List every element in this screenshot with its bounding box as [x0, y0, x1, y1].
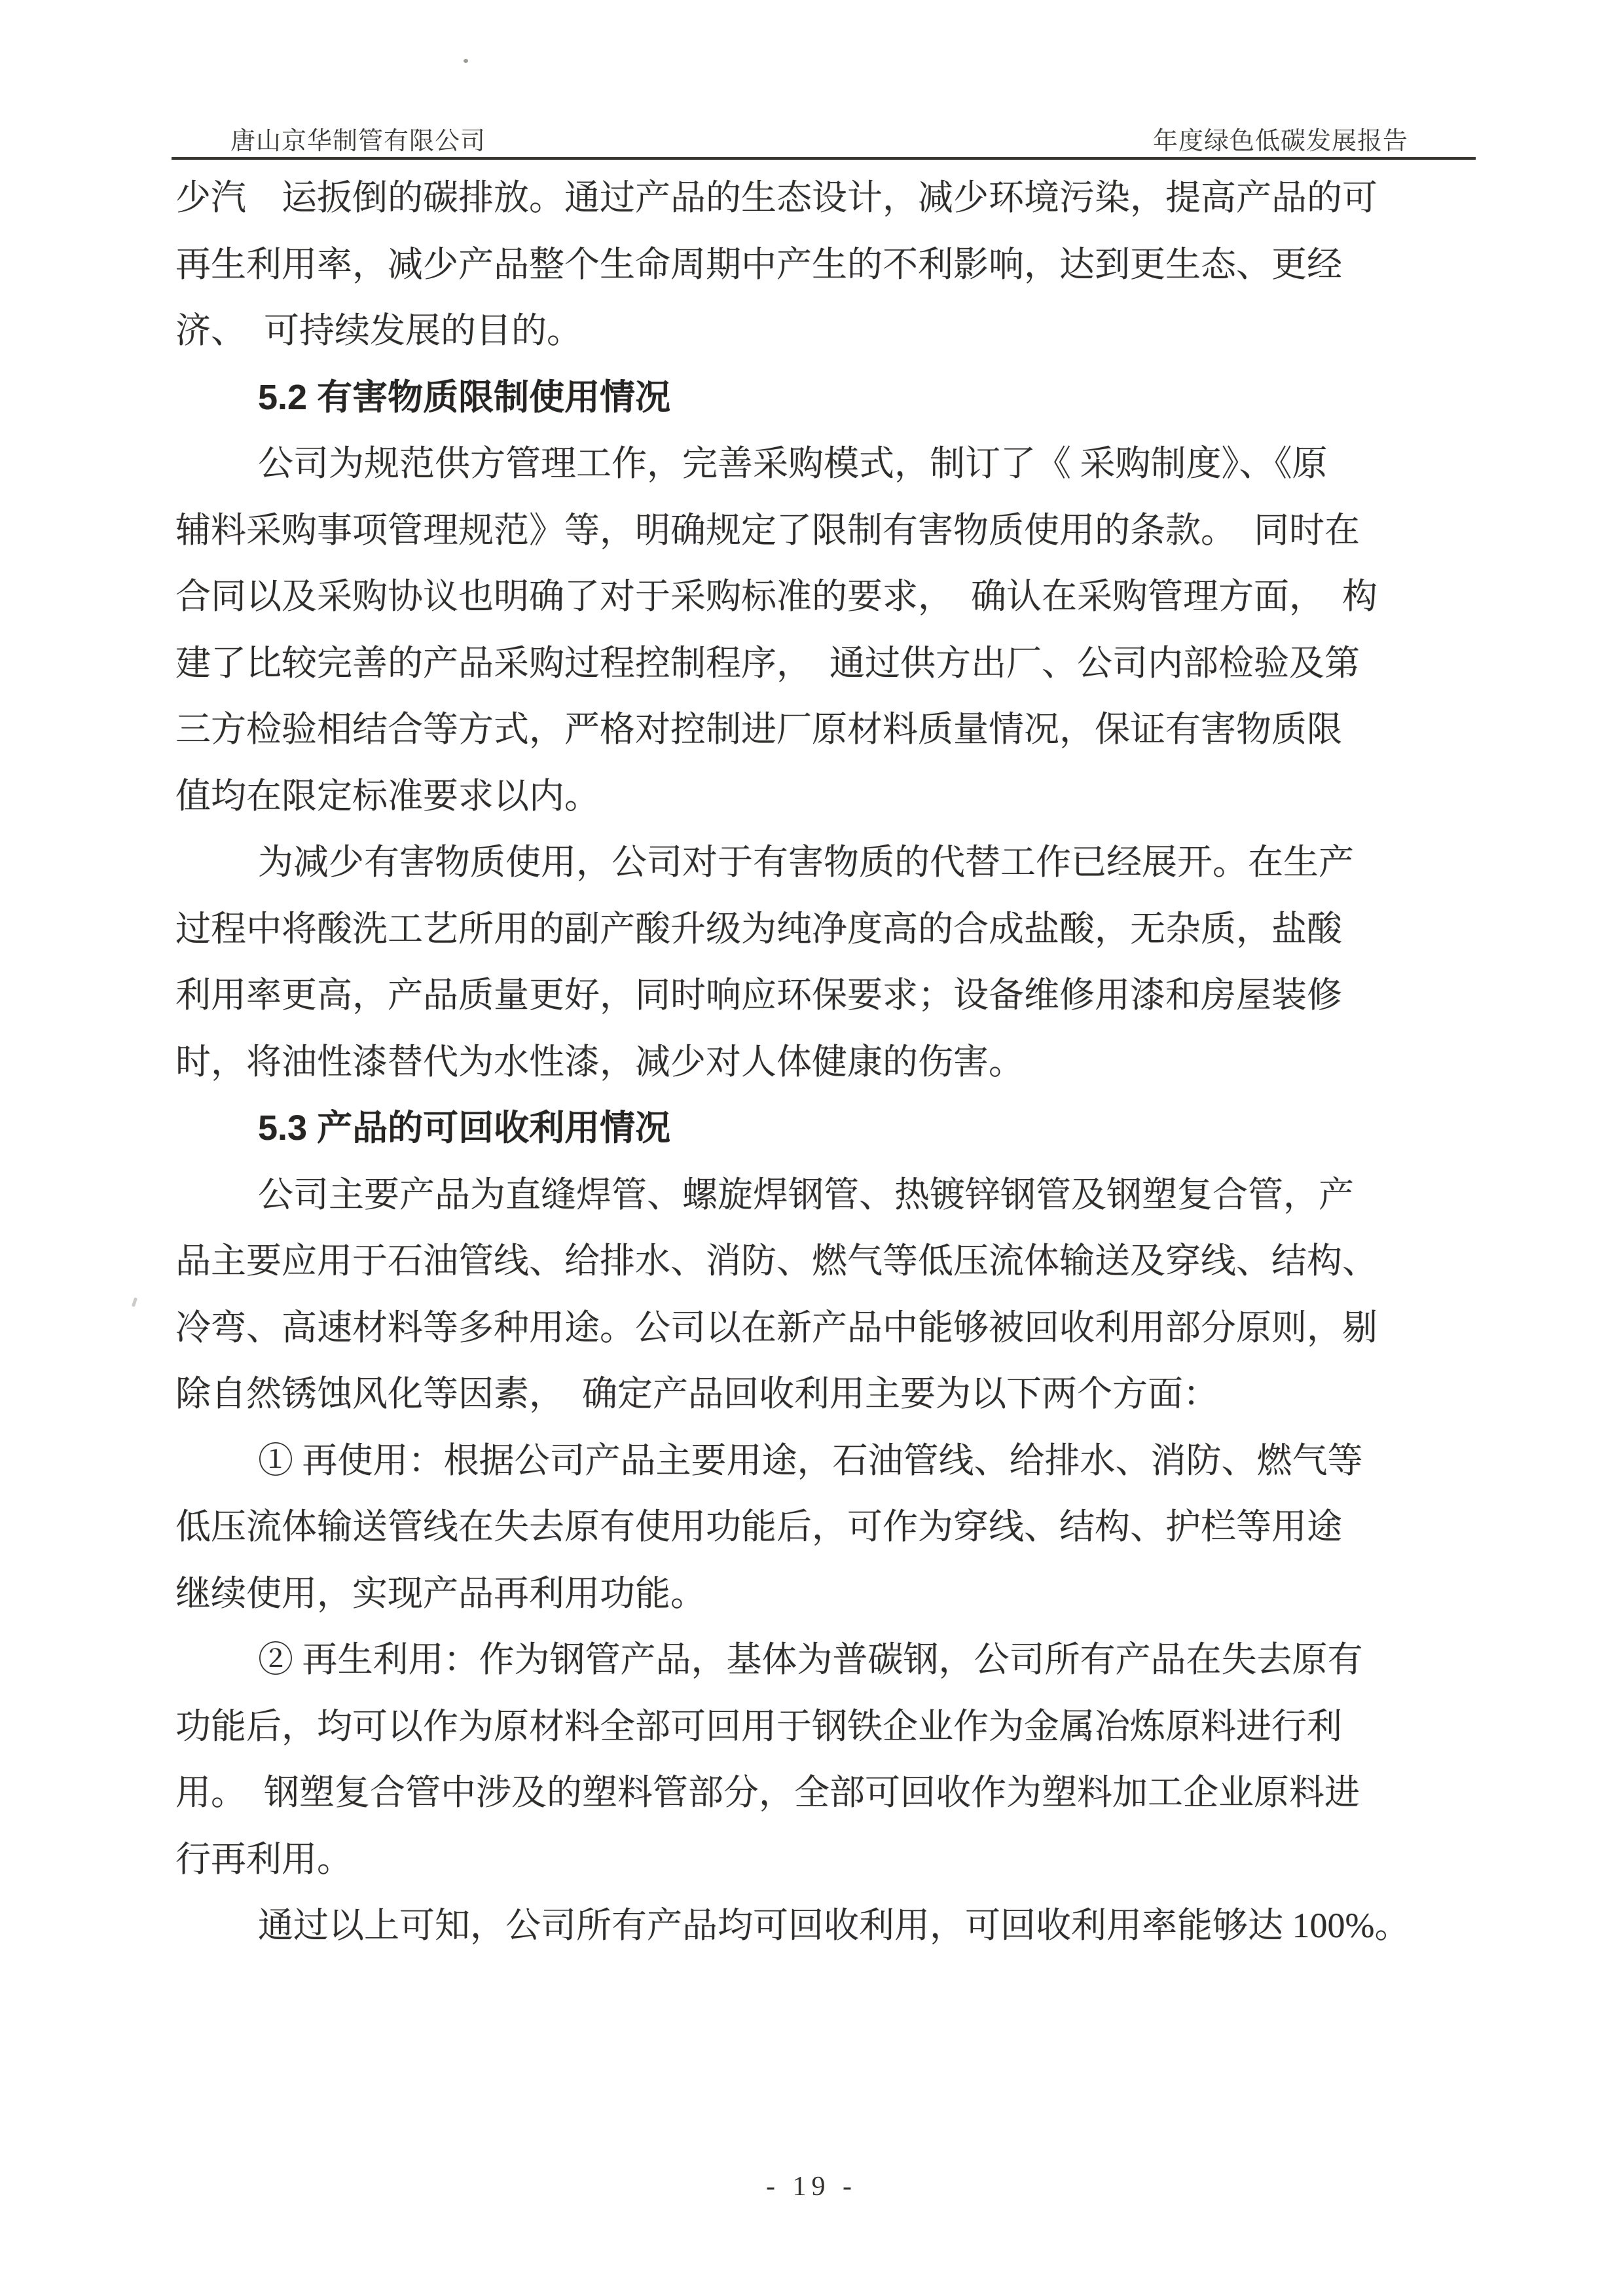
text-line: 时，将油性漆替代为水性漆，减少对人体健康的伤害。 [175, 1029, 1485, 1096]
text-line: 用。 钢塑复合管中涉及的塑料管部分，全部可回收作为塑料加工企业原料进 [175, 1760, 1485, 1827]
text-line: 过程中将酸洗工艺所用的副产酸升级为纯净度高的合成盐酸，无杂质，盐酸 [175, 896, 1485, 963]
text-line: ② 再生利用：作为钢管产品，基体为普碳钢，公司所有产品在失去原有 [175, 1627, 1485, 1694]
text-line: 通过以上可知，公司所有产品均可回收利用，可回收利用率能够达 100%。 [175, 1893, 1485, 1959]
text-line: 三方检验相结合等方式，严格对控制进厂原材料质量情况，保证有害物质限 [175, 697, 1485, 763]
scan-speck [132, 1298, 137, 1307]
section-heading: 5.2 有害物质限制使用情况 [175, 365, 1485, 431]
text-line: 利用率更高，产品质量更好，同时响应环保要求；设备维修用漆和房屋装修 [175, 962, 1485, 1029]
scanned-document-page: 唐山京华制管有限公司 年度绿色低碳发展报告 少汽 运扳倒的碳排放。通过产品的生态… [0, 0, 1623, 2296]
text-line: 公司主要产品为直缝焊管、螺旋焊钢管、热镀锌钢管及钢塑复合管，产 [175, 1162, 1485, 1229]
text-line: 低压流体输送管线在失去原有使用功能后，可作为穿线、结构、护栏等用途 [175, 1494, 1485, 1561]
text-line: 再生利用率，减少产品整个生命周期中产生的不利影响，达到更生态、更经 [175, 232, 1485, 299]
header-report-title: 年度绿色低碳发展报告 [1153, 126, 1408, 156]
header-company-name: 唐山京华制管有限公司 [230, 126, 486, 156]
scan-speck [464, 59, 468, 63]
text-line: 为减少有害物质使用，公司对于有害物质的代替工作已经展开。在生产 [175, 829, 1485, 896]
text-line: 建了比较完善的产品采购过程控制程序， 通过供方出厂、公司内部检验及第 [175, 630, 1485, 697]
text-line: 辅料采购事项管理规范》等，明确规定了限制有害物质使用的条款。 同时在 [175, 498, 1485, 564]
text-line: 合同以及采购协议也明确了对于采购标准的要求， 确认在采购管理方面， 构 [175, 564, 1485, 630]
text-line: 品主要应用于石油管线、给排水、消防、燃气等低压流体输送及穿线、结构、 [175, 1228, 1485, 1295]
text-line: 少汽 运扳倒的碳排放。通过产品的生态设计，减少环境污染，提高产品的可 [175, 165, 1485, 232]
text-line: 值均在限定标准要求以内。 [175, 763, 1485, 830]
text-line: 继续使用，实现产品再利用功能。 [175, 1561, 1485, 1628]
text-line: 行再利用。 [175, 1827, 1485, 1893]
text-line: 公司为规范供方管理工作，完善采购模式，制订了《 采购制度》、《原 [175, 431, 1485, 498]
header-divider-rule [172, 157, 1476, 160]
text-line: 济、 可持续发展的目的。 [175, 298, 1485, 365]
text-line: 功能后，均可以作为原材料全部可回用于钢铁企业作为金属冶炼原料进行利 [175, 1694, 1485, 1760]
document-body: 少汽 运扳倒的碳排放。通过产品的生态设计，减少环境污染，提高产品的可再生利用率，… [175, 165, 1485, 1959]
text-line: 冷弯、高速材料等多种用途。公司以在新产品中能够被回收利用部分原则，剔 [175, 1295, 1485, 1362]
text-line: 除自然锈蚀风化等因素， 确定产品回收利用主要为以下两个方面： [175, 1361, 1485, 1428]
section-heading: 5.3 产品的可回收利用情况 [175, 1095, 1485, 1162]
text-line: ① 再使用：根据公司产品主要用途，石油管线、给排水、消防、燃气等 [175, 1428, 1485, 1495]
page-number: - 19 - [0, 2171, 1623, 2202]
